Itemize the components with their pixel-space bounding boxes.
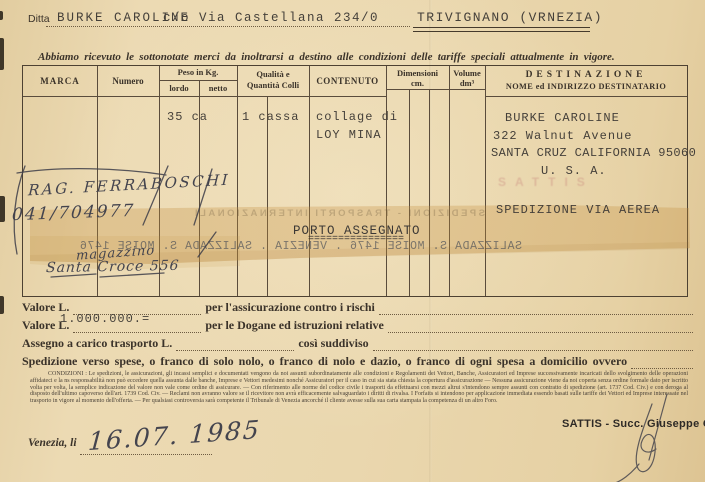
dotted-fill — [73, 329, 201, 333]
ditta-city: TRIVIGNANO (VRNEZIA) — [417, 10, 603, 25]
dotted-fill — [176, 347, 294, 351]
destination-name: BURKE CAROLINE — [505, 111, 620, 125]
col-qualita-label-2: Quantità Colli — [237, 81, 309, 91]
table-line — [485, 96, 687, 97]
table-line — [159, 80, 237, 81]
table-line — [23, 96, 386, 97]
handwritten-note-address: Santa Croce 556 — [45, 258, 180, 276]
table-line — [386, 66, 387, 296]
footer-company: SATTIS - Succ. Giuseppe Guetta S. A. — [562, 418, 705, 430]
col-volume-label-2: dm³ — [449, 79, 485, 89]
shipping-mode-note: SPEDIZIONE VIA AEREA — [496, 203, 660, 217]
footer-date-dotted-line — [80, 443, 212, 455]
col-dimensioni-label-2: cm. — [386, 79, 449, 89]
table-line — [309, 66, 310, 296]
city-underline — [413, 27, 590, 28]
spedizione-line: Spedizione verso spese, o franco di solo… — [22, 354, 693, 369]
table-line — [267, 96, 268, 296]
scanned-waybill-document: Ditta BURKE CAROLINE c/o Via Castellana … — [0, 0, 705, 482]
scan-artifact — [0, 296, 4, 314]
table-line — [409, 89, 410, 296]
signature — [615, 394, 667, 482]
col-destinazione-label-1: DESTINAZIONE — [485, 70, 687, 81]
table-line — [237, 66, 238, 296]
assegno-line: Assegno a carico trasporto L. così suddi… — [22, 336, 693, 351]
destination-city: SANTA CRUZ CALIFORNIA 95060 — [491, 146, 696, 160]
content-line-1: collage di — [316, 110, 398, 124]
dotted-fill — [373, 347, 693, 351]
customs-value: 1.000.000.= — [60, 312, 150, 326]
scan-artifact — [0, 11, 3, 20]
valore-text-1: per l'assicurazione contro i rischi — [205, 300, 375, 315]
col-numero-label: Numero — [97, 76, 159, 86]
content-line-2: LOY MINA — [316, 128, 382, 142]
spedizione-text: Spedizione verso spese, o franco di solo… — [22, 354, 627, 369]
weight-value: 35 ca — [167, 110, 208, 124]
package-value: 1 cassa — [242, 110, 299, 124]
col-qualita-label-1: Qualità e — [237, 70, 309, 80]
scan-artifact — [0, 196, 5, 222]
ghost-letterhead-text: SPEDIZIONI - TRASPORTI INTERNAZIONALI — [140, 208, 485, 219]
col-destinazione-label-2: NOME ed INDIRIZZO DESTINATARIO — [485, 82, 687, 92]
dotted-fill — [388, 329, 693, 333]
col-netto-label: netto — [199, 84, 237, 94]
porto-stamp-underline: ================ — [308, 234, 404, 245]
table-line — [485, 66, 486, 296]
table-line — [386, 89, 485, 90]
destination-street: 322 Walnut Avenue — [493, 129, 632, 143]
dotted-fill — [631, 365, 693, 369]
valore-text-2: per le Dogane ed istruzioni relative — [205, 318, 384, 333]
assegno-label: Assegno a carico trasporto L. — [22, 336, 172, 351]
table-line — [449, 66, 450, 296]
conditions-text: CONDIZIONI : Le spedizioni, le assicuraz… — [30, 371, 688, 405]
ditta-careof: c/o Via Castellana 234/0 — [163, 11, 379, 25]
footer-place-label: Venezia, li — [28, 437, 77, 449]
intro-sentence: Abbiamo ricevuto le sottonotate merci da… — [38, 51, 688, 63]
col-contenuto-label: CONTENUTO — [309, 76, 386, 86]
col-lordo-label: lordo — [159, 84, 199, 94]
col-peso-label: Peso in Kg. — [159, 68, 237, 78]
col-marca-label: MARCA — [23, 76, 97, 86]
dotted-fill — [379, 311, 693, 315]
city-underline — [413, 31, 590, 32]
scan-artifact — [0, 38, 4, 70]
destination-country: U. S. A. — [541, 164, 607, 178]
assegno-text: così suddiviso — [298, 336, 368, 351]
table-line — [429, 89, 430, 296]
